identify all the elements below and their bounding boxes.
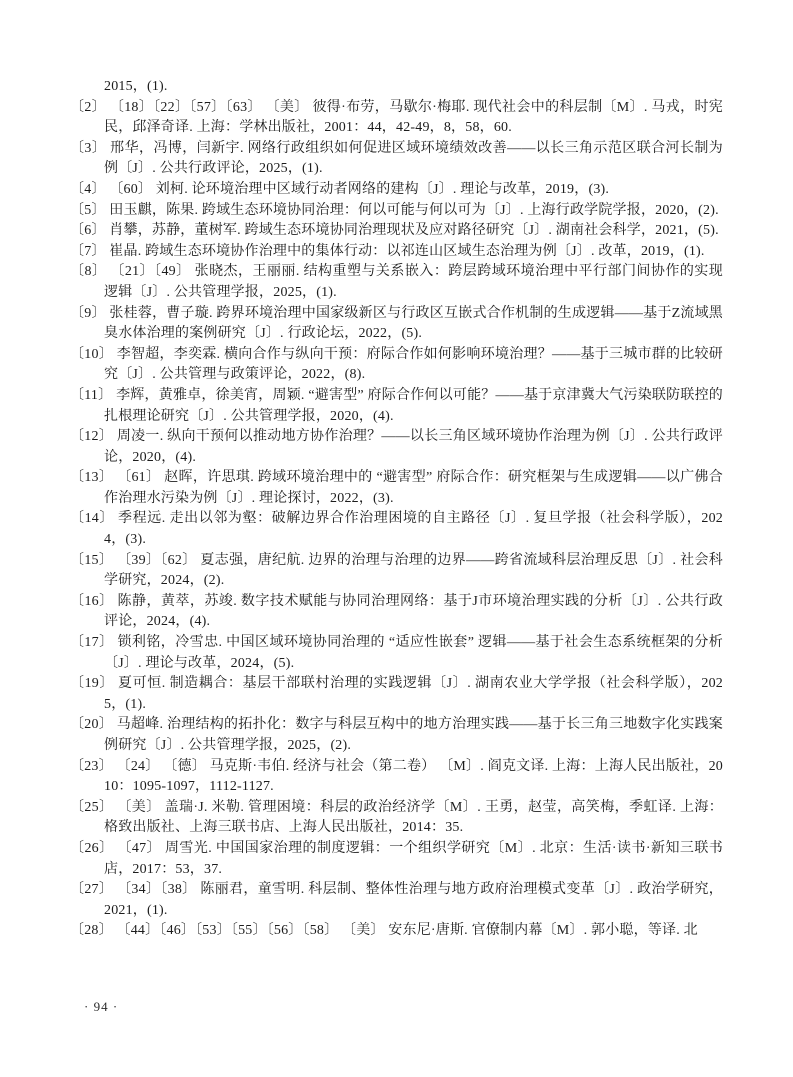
reference-number: 〔23〕 — [70, 759, 113, 774]
reference-text: 〔34〕〔38〕 陈丽君，童雪明. 科层制、整体性治理与地方政府治理模式变革〔J… — [104, 882, 723, 918]
reference-text: 〔60〕 刘柯. 论环境治理中区域行动者网络的建构〔J〕. 理论与改革，2019… — [106, 182, 609, 197]
reference-number: 〔16〕 — [70, 594, 114, 609]
reference-entry: 〔13〕 〔61〕 赵晖，许思琪. 跨域环境治理中的 “避害型” 府际合作：研究… — [70, 468, 723, 509]
reference-entry: 〔2〕 〔18〕〔22〕〔57〕〔63〕 〔美〕 彼得·布劳，马歇尔·梅耶. 现… — [70, 98, 723, 139]
reference-number: 〔20〕 — [70, 717, 113, 732]
reference-entry: 2015，(1). — [70, 77, 723, 98]
reference-text: 〔18〕〔22〕〔57〕〔63〕 〔美〕 彼得·布劳，马歇尔·梅耶. 现代社会中… — [104, 100, 723, 136]
reference-number: 〔12〕 — [70, 429, 113, 444]
reference-entry: 〔6〕 肖攀，苏静，董树军. 跨域生态环境协同治理现状及应对路径研究〔J〕. 湖… — [70, 221, 723, 242]
reference-text: 〔39〕〔62〕 夏志强，唐纪航. 边界的治理与治理的边界——跨省流域科层治理反… — [104, 553, 723, 589]
reference-entry: 〔5〕 田玉麒，陈果. 跨域生态环境协同治理：何以可能与何以可为〔J〕. 上海行… — [70, 201, 723, 222]
reference-entry: 〔23〕 〔24〕 〔德〕 马克斯·韦伯. 经济与社会（第二卷） 〔M〕. 阎克… — [70, 757, 723, 798]
reference-entry: 〔20〕 马超峰. 治理结构的拓扑化：数字与科层互构中的地方治理实践——基于长三… — [70, 715, 723, 756]
reference-number: 〔5〕 — [70, 203, 106, 218]
reference-entry: 〔11〕 李辉，黄雅卓，徐美宵，周颖. “避害型” 府际合作何以可能？——基于京… — [70, 386, 723, 427]
reference-text: 〔美〕 盖瑞·J. 米勒. 管理困境：科层的政治经济学〔M〕. 王勇，赵莹，高笑… — [104, 800, 723, 836]
reference-entry: 〔10〕 李智超，李奕霖. 横向合作与纵向干预：府际合作如何影响环境治理？——基… — [70, 345, 723, 386]
reference-text: 马超峰. 治理结构的拓扑化：数字与科层互构中的地方治理实践——基于长三角三地数字… — [104, 717, 723, 753]
reference-text: 田玉麒，陈果. 跨域生态环境协同治理：何以可能与何以可为〔J〕. 上海行政学院学… — [106, 203, 719, 218]
reference-entry: 〔19〕 夏可恒. 制造耦合：基层干部联村治理的实践逻辑〔J〕. 湖南农业大学学… — [70, 674, 723, 715]
reference-number: 〔11〕 — [70, 388, 112, 403]
reference-entry: 〔26〕 〔47〕 周雪光. 中国国家治理的制度逻辑：一个组织学研究〔M〕. 北… — [70, 839, 723, 880]
reference-entry: 〔8〕 〔21〕〔49〕 张晓杰，王丽丽. 结构重塑与关系嵌入：跨层跨域环境治理… — [70, 262, 723, 303]
reference-text: 李辉，黄雅卓，徐美宵，周颖. “避害型” 府际合作何以可能？——基于京津冀大气污… — [104, 388, 723, 424]
reference-number: 〔25〕 — [70, 800, 113, 815]
reference-number: 〔2〕 — [70, 100, 106, 115]
reference-text: 〔61〕 赵晖，许思琪. 跨域环境治理中的 “避害型” 府际合作：研究框架与生成… — [104, 470, 723, 506]
reference-entry: 〔3〕 邢华，冯博，闫新宇. 网络行政组织如何促进区域环境绩效改善——以长三角示… — [70, 139, 723, 180]
reference-text: 〔24〕 〔德〕 马克斯·韦伯. 经济与社会（第二卷） 〔M〕. 阎克文译. 上… — [104, 759, 723, 795]
reference-entry: 〔12〕 周凌一. 纵向干预何以推动地方协作治理？——以长三角区域环境协作治理为… — [70, 427, 723, 468]
reference-number: 〔13〕 — [70, 470, 113, 485]
reference-text: 崔晶. 跨域生态环境协作治理中的集体行动：以祁连山区域生态治理为例〔J〕. 改革… — [106, 244, 705, 259]
reference-number: 〔26〕 — [70, 841, 114, 856]
page-number: · 94 · — [84, 999, 118, 1015]
reference-text: 陈静，黄萃，苏竣. 数字技术赋能与协同治理网络：基于J市环境治理实践的分析〔J〕… — [104, 594, 723, 630]
reference-entry: 〔17〕 锁利铭，冷雪忠. 中国区域环境协同治理的 “适应性嵌套” 逻辑——基于… — [70, 633, 723, 674]
reference-text: 邢华，冯博，闫新宇. 网络行政组织如何促进区域环境绩效改善——以长三角示范区联合… — [104, 141, 723, 177]
reference-entry: 〔25〕 〔美〕 盖瑞·J. 米勒. 管理困境：科层的政治经济学〔M〕. 王勇，… — [70, 798, 723, 839]
reference-text: 〔21〕〔49〕 张晓杰，王丽丽. 结构重塑与关系嵌入：跨层跨域环境治理中平行部… — [104, 264, 723, 300]
reference-entry: 〔16〕 陈静，黄萃，苏竣. 数字技术赋能与协同治理网络：基于J市环境治理实践的… — [70, 592, 723, 633]
reference-text: 李智超，李奕霖. 横向合作与纵向干预：府际合作如何影响环境治理？——基于三城市群… — [104, 347, 723, 383]
reference-number: 〔6〕 — [70, 223, 106, 238]
reference-text: 夏可恒. 制造耦合：基层干部联村治理的实践逻辑〔J〕. 湖南农业大学学报（社会科… — [104, 676, 723, 712]
reference-number: 〔7〕 — [70, 244, 106, 259]
reference-number: 〔17〕 — [70, 635, 114, 650]
reference-number: 〔27〕 — [70, 882, 113, 897]
reference-number: 〔15〕 — [70, 553, 113, 568]
reference-text: 2015，(1). — [104, 79, 168, 94]
reference-number: 〔9〕 — [70, 306, 106, 321]
reference-number: 〔10〕 — [70, 347, 113, 362]
reference-entry: 〔27〕 〔34〕〔38〕 陈丽君，童雪明. 科层制、整体性治理与地方政府治理模… — [70, 880, 723, 921]
reference-number: 〔8〕 — [70, 264, 106, 279]
reference-entry: 〔15〕 〔39〕〔62〕 夏志强，唐纪航. 边界的治理与治理的边界——跨省流域… — [70, 551, 723, 592]
reference-number: 〔19〕 — [70, 676, 114, 691]
reference-text: 肖攀，苏静，董树军. 跨域生态环境协同治理现状及应对路径研究〔J〕. 湖南社会科… — [106, 223, 719, 238]
reference-text: 〔44〕〔46〕〔53〕〔55〕〔56〕〔58〕 〔美〕 安东尼·唐斯. 官僚制… — [113, 923, 698, 938]
reference-entry: 〔9〕 张桂蓉，曹子璇. 跨界环境治理中国家级新区与行政区互嵌式合作机制的生成逻… — [70, 304, 723, 345]
reference-number: 〔28〕 — [70, 923, 113, 938]
reference-text: 周凌一. 纵向干预何以推动地方协作治理？——以长三角区域环境协作治理为例〔J〕.… — [104, 429, 723, 465]
reference-text: 锁利铭，冷雪忠. 中国区域环境协同治理的 “适应性嵌套” 逻辑——基于社会生态系… — [104, 635, 723, 671]
reference-entry: 〔7〕 崔晶. 跨域生态环境协作治理中的集体行动：以祁连山区域生态治理为例〔J〕… — [70, 242, 723, 263]
reference-text: 季程远. 走出以邻为壑：破解边界合作治理困境的自主路径〔J〕. 复旦学报（社会科… — [104, 511, 723, 547]
reference-entry: 〔14〕 季程远. 走出以邻为壑：破解边界合作治理困境的自主路径〔J〕. 复旦学… — [70, 509, 723, 550]
reference-text: 〔47〕 周雪光. 中国国家治理的制度逻辑：一个组织学研究〔M〕. 北京：生活·… — [104, 841, 723, 877]
reference-entry: 〔28〕 〔44〕〔46〕〔53〕〔55〕〔56〕〔58〕 〔美〕 安东尼·唐斯… — [70, 921, 723, 942]
reference-number: 〔14〕 — [70, 511, 114, 526]
reference-list: 2015，(1).〔2〕 〔18〕〔22〕〔57〕〔63〕 〔美〕 彼得·布劳，… — [70, 77, 723, 942]
reference-number: 〔4〕 — [70, 182, 106, 197]
reference-text: 张桂蓉，曹子璇. 跨界环境治理中国家级新区与行政区互嵌式合作机制的生成逻辑——基… — [104, 306, 723, 342]
reference-entry: 〔4〕 〔60〕 刘柯. 论环境治理中区域行动者网络的建构〔J〕. 理论与改革，… — [70, 180, 723, 201]
reference-number: 〔3〕 — [70, 141, 106, 156]
